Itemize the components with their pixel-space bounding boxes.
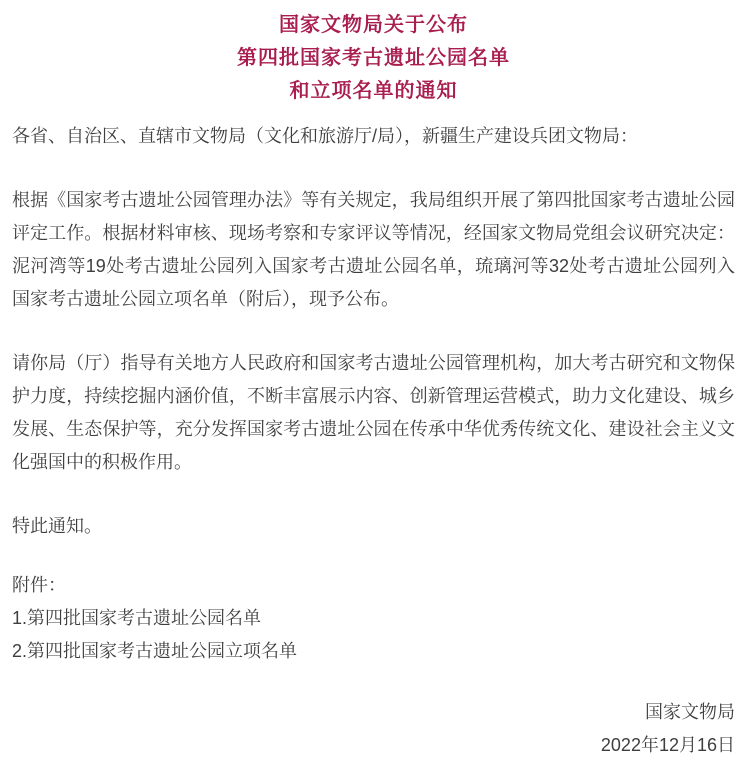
attachments-label: 附件： [12,569,735,602]
attachment-item-2: 2.第四批国家考古遗址公园立项名单 [12,635,735,668]
body-paragraph-2: 请你局（厅）指导有关地方人民政府和国家考古遗址公园管理机构，加大考古研究和文物保… [12,347,735,479]
document-title: 国家文物局关于公布 第四批国家考古遗址公园名单 和立项名单的通知 [12,9,735,108]
title-line-2: 第四批国家考古遗址公园名单 [12,42,735,75]
title-line-3: 和立项名单的通知 [12,75,735,108]
notice-document: 国家文物局关于公布 第四批国家考古遗址公园名单 和立项名单的通知 各省、自治区、… [0,0,748,767]
attachments-section: 附件： 1.第四批国家考古遗址公园名单 2.第四批国家考古遗址公园立项名单 [12,569,735,668]
signature-org: 国家文物局 [12,696,735,729]
attachment-item-1: 1.第四批国家考古遗址公园名单 [12,602,735,635]
signature-block: 国家文物局 2022年12月16日 [12,696,735,762]
salutation-line: 各省、自治区、直辖市文物局（文化和旅游厅/局），新疆生产建设兵团文物局： [12,120,735,153]
body-paragraph-1: 根据《国家考古遗址公园管理办法》等有关规定，我局组织开展了第四批国家考古遗址公园… [12,184,735,316]
signature-date: 2022年12月16日 [12,729,735,762]
closing-line: 特此通知。 [12,510,735,543]
title-line-1: 国家文物局关于公布 [12,9,735,42]
